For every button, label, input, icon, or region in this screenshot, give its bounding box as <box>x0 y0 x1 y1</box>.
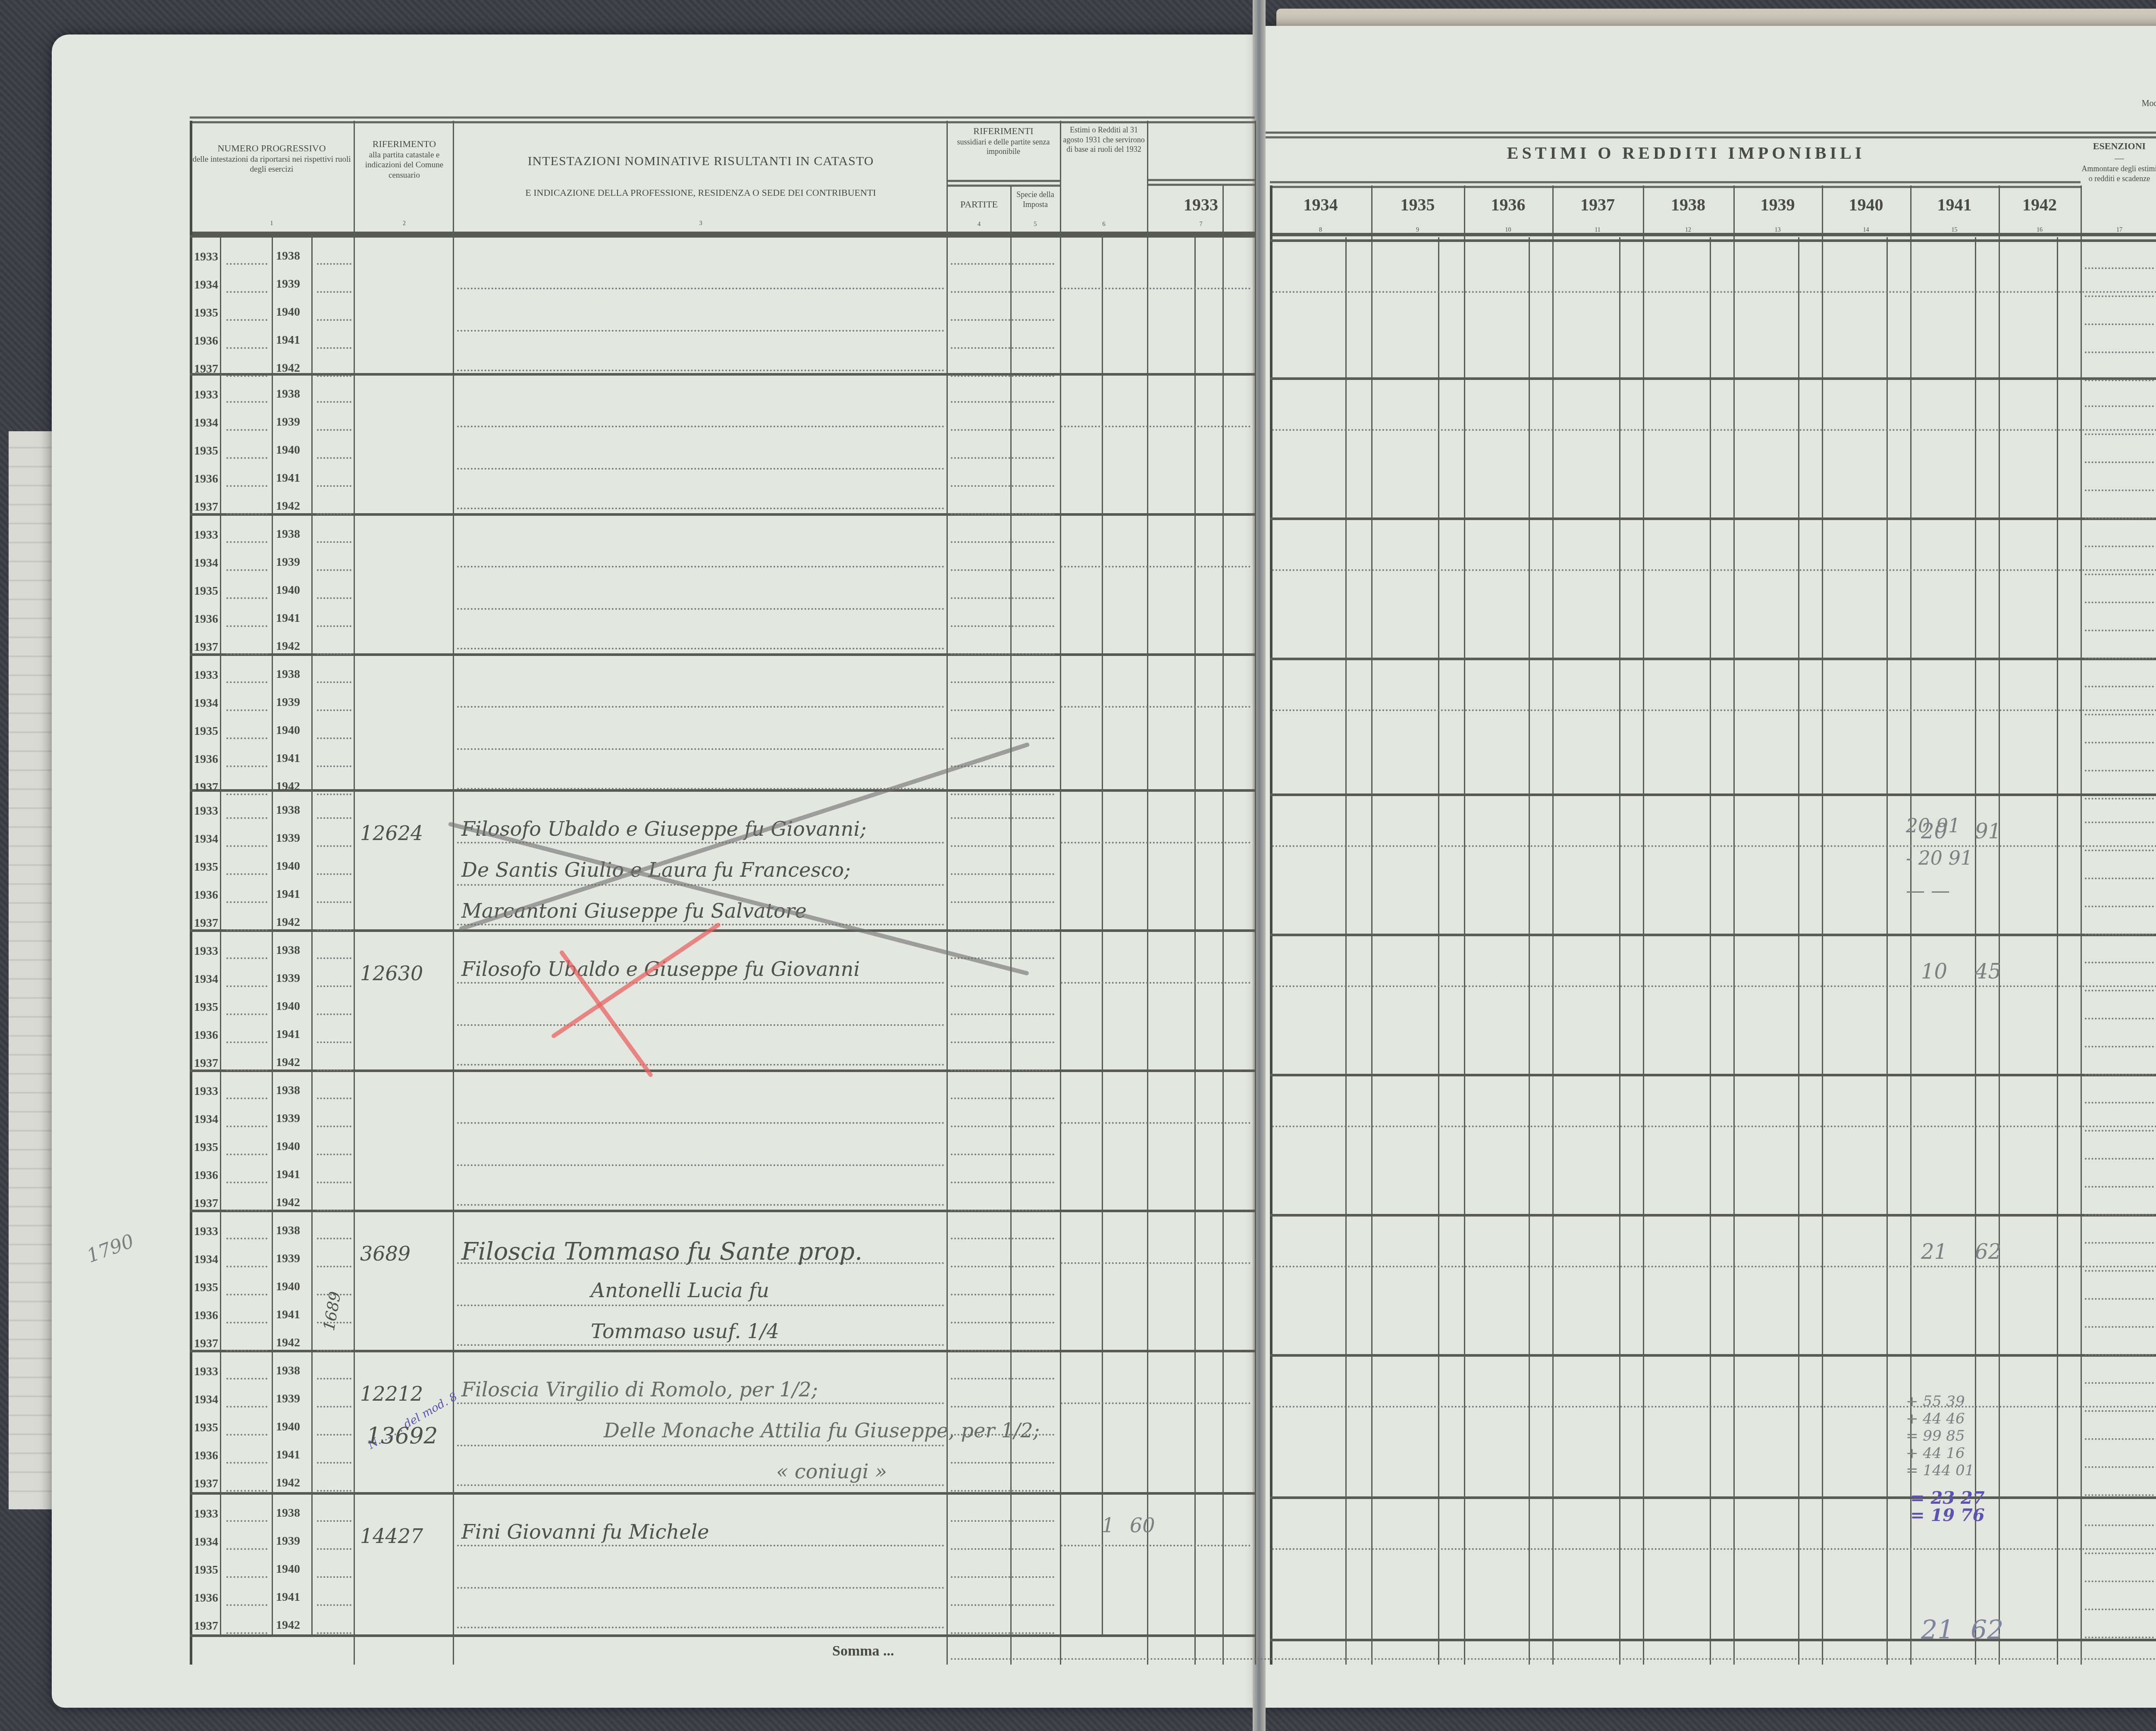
col3-sub: E INDICAZIONE DELLA PROFESSIONE, RESIDEN… <box>455 187 946 199</box>
dotted-rule <box>2085 1186 2154 1188</box>
dotted-rule <box>226 1350 267 1352</box>
dotted-rule <box>951 1182 1054 1183</box>
dotted-rule <box>951 929 1054 931</box>
year-colnum: 13 <box>1733 226 1822 234</box>
dotted-rule <box>1272 1126 2156 1127</box>
dotted-rule <box>2085 1046 2154 1047</box>
dotted-rule <box>2085 1074 2154 1076</box>
partita-new-number: 13692 <box>367 1423 438 1449</box>
dotted-rule <box>317 457 351 459</box>
year-label-left: 1934 <box>194 278 218 292</box>
dotted-rule <box>1061 566 1250 568</box>
column-rule <box>1975 237 1976 1665</box>
dotted-rule <box>2085 1102 2154 1104</box>
dotted-rule <box>317 375 351 377</box>
col5-num: 5 <box>1011 221 1059 229</box>
form-id: Mod. 111 - Imposte Dirette (Intercalare)… <box>2091 98 2156 109</box>
year-label-right: 1938 <box>276 527 300 541</box>
dotted-rule <box>317 485 351 487</box>
year-label-left: 1934 <box>194 1253 218 1267</box>
dotted-rule <box>317 1098 351 1099</box>
owner-line: Filoscia Tommaso fu Sante prop. <box>461 1238 862 1266</box>
dotted-rule <box>226 597 267 599</box>
year-label-right: 1940 <box>276 583 300 597</box>
year-label-left: 1937 <box>194 1337 218 1351</box>
dotted-rule <box>226 347 267 349</box>
year-label-left: 1936 <box>194 888 218 902</box>
dotted-rule <box>2085 1552 2154 1554</box>
dotted-rule <box>951 429 1054 431</box>
dotted-rule <box>951 347 1054 349</box>
year-label-left: 1937 <box>194 500 218 514</box>
dotted-rule <box>226 901 267 903</box>
dotted-rule <box>2085 546 2154 547</box>
dotted-rule <box>457 1164 944 1166</box>
col45-sub: sussidiari e delle partite senza imponib… <box>948 137 1059 157</box>
year-label-right: 1938 <box>276 1224 300 1238</box>
year-label-right: 1940 <box>276 1140 300 1154</box>
dotted-rule <box>951 625 1054 627</box>
dotted-rule <box>226 1322 267 1323</box>
year-label-right: 1939 <box>276 555 300 569</box>
col7-year: 1933 <box>1149 194 1253 216</box>
dotted-rule <box>1061 1122 1250 1124</box>
col1-sub: delle intestazioni da riportarsi nei ris… <box>190 154 354 175</box>
dotted-rule <box>2085 433 2154 435</box>
dotted-rule <box>226 1378 267 1380</box>
dotted-rule <box>2085 962 2154 963</box>
year-label-left: 1937 <box>194 781 218 794</box>
dotted-rule <box>226 681 267 683</box>
dotted-rule <box>226 957 267 959</box>
column-rule <box>1345 237 1347 1665</box>
dotted-rule <box>317 817 351 819</box>
dotted-rule <box>317 929 351 931</box>
col1-title: NUMERO PROGRESSIVO <box>190 142 354 154</box>
dotted-rule <box>951 375 1054 377</box>
year-label-left: 1937 <box>194 1619 218 1633</box>
owner-line: Delle Monache Attilia fu Giuseppe, per 1… <box>604 1419 1040 1442</box>
dotted-rule <box>2085 850 2154 851</box>
year-label-left: 1935 <box>194 1141 218 1154</box>
amount-cent-col6: 60 <box>1130 1514 1155 1537</box>
dotted-rule <box>457 608 944 610</box>
year-header-1942: 1942 <box>1999 194 2081 216</box>
column-rule <box>1887 237 1888 1665</box>
dotted-rule <box>951 1013 1054 1015</box>
dotted-rule <box>317 401 351 403</box>
dotted-rule <box>226 1238 267 1239</box>
dotted-rule <box>457 1445 944 1446</box>
year-label-left: 1935 <box>194 724 218 738</box>
year-label-right: 1938 <box>276 803 300 817</box>
dotted-rule <box>457 1204 944 1206</box>
dotted-rule <box>951 653 1054 655</box>
dotted-rule <box>2085 489 2154 491</box>
dotted-rule <box>226 653 267 655</box>
dotted-rule <box>951 1266 1054 1267</box>
calculation-line: 20 91 <box>1906 815 1960 837</box>
dotted-rule <box>2085 1524 2154 1526</box>
dotted-rule <box>2085 1354 2154 1356</box>
dotted-rule <box>317 1210 351 1211</box>
year-label-left: 1936 <box>194 1029 218 1042</box>
year-label-right: 1941 <box>276 1590 300 1604</box>
partita-number: 12212 <box>360 1382 423 1405</box>
dotted-rule <box>317 1462 351 1464</box>
year-colnum: 15 <box>1910 226 1999 234</box>
dotted-rule <box>457 1402 944 1404</box>
dotted-rule <box>317 985 351 987</box>
dotted-rule <box>317 1069 351 1071</box>
year-label-right: 1941 <box>276 887 300 901</box>
dotted-rule <box>951 1658 2156 1660</box>
dotted-rule <box>1272 1406 2156 1408</box>
dotted-rule <box>2085 1609 2154 1610</box>
dotted-rule <box>317 1126 351 1127</box>
dotted-rule <box>2085 1580 2154 1582</box>
year-label-left: 1937 <box>194 1057 218 1070</box>
year-label-right: 1942 <box>276 499 300 513</box>
year-label-right: 1942 <box>276 1196 300 1210</box>
dotted-rule <box>317 1490 351 1492</box>
year-label-right: 1939 <box>276 415 300 429</box>
column-rule <box>1529 237 1530 1665</box>
dotted-rule <box>2085 405 2154 407</box>
dotted-rule <box>2085 1466 2154 1468</box>
dotted-rule <box>317 263 351 265</box>
year-label-left: 1933 <box>194 1225 218 1239</box>
dotted-rule <box>317 1350 351 1352</box>
calculation-line: — — <box>1906 880 1950 902</box>
dotted-rule <box>226 429 267 431</box>
dotted-rule <box>226 263 267 265</box>
estimi-group-title: ESTIMI O REDDITI IMPONIBILI <box>1294 142 2078 164</box>
dotted-rule <box>226 929 267 931</box>
year-label-right: 1939 <box>276 972 300 985</box>
dotted-rule <box>1061 426 1250 427</box>
dotted-rule <box>457 370 944 371</box>
dotted-rule <box>1061 706 1250 708</box>
column-rule <box>1194 235 1196 1665</box>
dotted-rule <box>317 1154 351 1155</box>
block-rule <box>1270 517 2156 520</box>
col2-sub: alla partita catastale e indicazioni del… <box>356 150 453 181</box>
year-header-1939: 1939 <box>1733 194 1822 216</box>
dotted-rule <box>2085 714 2154 715</box>
block-rule <box>190 235 1255 238</box>
dotted-rule <box>226 485 267 487</box>
dotted-rule <box>457 468 944 470</box>
dotted-rule <box>226 765 267 767</box>
block-rule <box>1270 239 2156 242</box>
dotted-rule <box>951 817 1054 819</box>
dotted-rule <box>317 653 351 655</box>
dotted-rule <box>951 1294 1054 1295</box>
year-colnum: 14 <box>1822 226 1910 234</box>
year-label-left: 1936 <box>194 612 218 626</box>
dotted-rule <box>1272 429 2156 431</box>
partita-number: 3689 <box>360 1242 411 1265</box>
year-label-right: 1942 <box>276 1618 300 1632</box>
dotted-rule <box>226 845 267 847</box>
dotted-rule <box>1061 288 1250 289</box>
somma-lire: 21 <box>1921 1615 1954 1645</box>
year-colnum: 10 <box>1464 226 1552 234</box>
column-rule <box>1222 185 1224 1665</box>
year-label-right: 1942 <box>276 1476 300 1490</box>
dotted-rule <box>457 1545 944 1546</box>
dotted-rule <box>2085 323 2154 325</box>
year-label-right: 1942 <box>276 916 300 929</box>
dotted-rule <box>317 429 351 431</box>
dotted-rule <box>1272 709 2156 711</box>
dotted-rule <box>2085 1326 2154 1328</box>
dotted-rule <box>951 1406 1054 1408</box>
year-colnum: 11 <box>1552 226 1643 234</box>
dotted-rule <box>317 1520 351 1522</box>
year-label-left: 1933 <box>194 668 218 682</box>
dotted-rule <box>317 1632 351 1634</box>
dotted-rule <box>951 1604 1054 1606</box>
year-label-left: 1934 <box>194 832 218 846</box>
dotted-rule <box>951 1576 1054 1578</box>
dotted-rule <box>317 1406 351 1408</box>
year-label-left: 1933 <box>194 388 218 402</box>
col45-header: RIFERIMENTI sussidiari e delle partite s… <box>948 125 1059 157</box>
column-rule <box>1255 121 1256 1665</box>
dotted-rule <box>226 1041 267 1043</box>
col6-num: 6 <box>1061 221 1147 229</box>
dotted-rule <box>1061 1545 1250 1546</box>
dotted-rule <box>226 1266 267 1267</box>
year-label-left: 1936 <box>194 1591 218 1605</box>
dotted-rule <box>226 817 267 819</box>
header-top-rule-left <box>190 116 1255 123</box>
year-label-left: 1936 <box>194 472 218 486</box>
year-label-left: 1934 <box>194 972 218 986</box>
year-header-1936: 1936 <box>1464 194 1552 216</box>
calculation-line: + 44 46 <box>1906 1410 1965 1427</box>
dotted-rule <box>226 401 267 403</box>
somma-cent: 62 <box>1971 1615 2003 1645</box>
year-label-right: 1939 <box>276 1534 300 1548</box>
block-rule <box>1270 1354 2156 1357</box>
dotted-rule <box>226 1576 267 1578</box>
dotted-rule <box>2085 267 2154 269</box>
year-header-1941: 1941 <box>1910 194 1999 216</box>
year-label-left: 1933 <box>194 804 218 818</box>
col45-title: RIFERIMENTI <box>948 125 1059 137</box>
dotted-rule <box>317 957 351 959</box>
dotted-rule <box>226 737 267 739</box>
year-label-right: 1938 <box>276 387 300 401</box>
right-page <box>1259 26 2156 1708</box>
year-label-right: 1940 <box>276 859 300 873</box>
year-label-right: 1941 <box>276 752 300 765</box>
owner-line: Filoscia Virgilio di Romolo, per 1/2; <box>461 1378 818 1401</box>
column-rule <box>2081 185 2082 1665</box>
dotted-rule <box>2085 770 2154 771</box>
dotted-rule <box>951 263 1054 265</box>
block-rule <box>1270 793 2156 796</box>
calculation-line: = 99 85 <box>1906 1427 1965 1445</box>
dotted-rule <box>226 569 267 571</box>
dotted-rule <box>457 1344 944 1346</box>
dotted-rule <box>2085 1214 2154 1216</box>
estimi-group-rule <box>1270 181 2081 188</box>
dotted-rule <box>951 1069 1054 1071</box>
dotted-rule <box>226 709 267 711</box>
dotted-rule <box>317 291 351 293</box>
column-rule <box>1999 185 2000 1665</box>
year-label-right: 1941 <box>276 1028 300 1041</box>
year-label-right: 1939 <box>276 1112 300 1126</box>
col2-title: RIFERIMENTO <box>356 138 453 150</box>
col4-num: 4 <box>948 221 1010 229</box>
col7-num: 7 <box>1149 221 1253 229</box>
dotted-rule <box>2085 1270 2154 1272</box>
year-label-right: 1939 <box>276 831 300 845</box>
dotted-rule <box>951 681 1054 683</box>
year-label-right: 1938 <box>276 1084 300 1098</box>
dotted-rule <box>2085 1158 2154 1160</box>
calculation-line: + 44 16 <box>1906 1445 1965 1462</box>
dotted-rule <box>226 1126 267 1127</box>
dotted-rule <box>317 765 351 767</box>
column-rule <box>1147 121 1148 1665</box>
dotted-rule <box>2085 742 2154 743</box>
column-rule <box>1643 185 1644 1665</box>
dotted-rule <box>317 1238 351 1239</box>
dotted-rule <box>317 569 351 571</box>
dotted-rule <box>1061 842 1250 844</box>
dotted-rule <box>951 401 1054 403</box>
dotted-rule <box>951 1126 1054 1127</box>
esenzioni-num: 17 <box>2081 226 2156 234</box>
dotted-rule <box>226 375 267 377</box>
year-label-right: 1942 <box>276 640 300 653</box>
col2-header: RIFERIMENTO alla partita catastale e ind… <box>356 138 453 181</box>
dotted-rule <box>226 1013 267 1015</box>
dotted-rule <box>951 1322 1054 1323</box>
dotted-rule <box>2085 990 2154 991</box>
block-rule <box>1270 934 2156 936</box>
dotted-rule <box>951 1378 1054 1380</box>
dotted-rule <box>457 330 944 332</box>
year-label-left: 1934 <box>194 556 218 570</box>
year-label-left: 1935 <box>194 860 218 874</box>
year-label-left: 1933 <box>194 528 218 542</box>
year-label-left: 1936 <box>194 1169 218 1182</box>
dotted-rule <box>457 1024 944 1026</box>
owner-line: « coniugi » <box>776 1460 887 1483</box>
dotted-rule <box>951 457 1054 459</box>
year-label-right: 1940 <box>276 305 300 319</box>
dotted-rule <box>226 319 267 321</box>
year-label-left: 1933 <box>194 1507 218 1521</box>
dotted-rule <box>951 597 1054 599</box>
year-label-right: 1941 <box>276 611 300 625</box>
column-rule <box>1010 185 1012 1665</box>
dotted-rule <box>226 625 267 627</box>
partita-number: 12630 <box>360 962 423 985</box>
dotted-rule <box>226 541 267 543</box>
dotted-rule <box>2085 906 2154 907</box>
year-label-right: 1941 <box>276 1448 300 1462</box>
amount-cent: 45 <box>1975 960 2001 984</box>
calculation-line: = 144 01 <box>1906 1462 1974 1479</box>
dotted-rule <box>951 541 1054 543</box>
dotted-rule <box>457 1484 944 1486</box>
dotted-rule <box>1061 1262 1250 1264</box>
dotted-rule <box>2085 1018 2154 1019</box>
dotted-rule <box>951 1041 1054 1043</box>
year-label-right: 1940 <box>276 1280 300 1294</box>
year-label-right: 1940 <box>276 443 300 457</box>
block-rule <box>1270 658 2156 660</box>
dotted-rule <box>951 873 1054 875</box>
dotted-rule <box>457 288 944 289</box>
dotted-rule <box>226 1520 267 1522</box>
year-label-left: 1936 <box>194 334 218 348</box>
year-label-right: 1942 <box>276 780 300 793</box>
dotted-rule <box>1061 982 1250 984</box>
dotted-rule <box>457 884 944 886</box>
column-rule <box>1733 185 1735 1665</box>
year-label-left: 1937 <box>194 1477 218 1491</box>
dotted-rule <box>317 1378 351 1380</box>
dotted-rule <box>457 1627 944 1628</box>
year-label-left: 1937 <box>194 362 218 376</box>
owner-line: Tommaso usuf. 1/4 <box>591 1320 779 1343</box>
year-label-right: 1938 <box>276 1506 300 1520</box>
amount-lire-col6: 1 <box>1102 1514 1114 1537</box>
dotted-rule <box>951 485 1054 487</box>
year-label-left: 1935 <box>194 584 218 598</box>
dotted-rule <box>1272 291 2156 293</box>
year-label-right: 1939 <box>276 696 300 709</box>
year-label-left: 1933 <box>194 944 218 958</box>
dotted-rule <box>951 709 1054 711</box>
owner-line: Filosofo Ubaldo e Giuseppe fu Giovanni; <box>461 817 867 840</box>
owner-line: Antonelli Lucia fu <box>591 1279 769 1302</box>
year-header-1940: 1940 <box>1822 194 1910 216</box>
dotted-rule <box>951 569 1054 571</box>
dotted-rule <box>317 1182 351 1183</box>
dotted-rule <box>951 1490 1054 1492</box>
column-rule <box>311 235 313 1634</box>
year-colnum: 9 <box>1371 226 1464 234</box>
dotted-rule <box>1272 985 2156 987</box>
year-label-left: 1935 <box>194 444 218 458</box>
dotted-rule <box>2085 1438 2154 1440</box>
dotted-rule <box>2085 379 2154 381</box>
year-header-1938: 1938 <box>1643 194 1733 216</box>
year-label-right: 1939 <box>276 1392 300 1406</box>
year-label-right: 1941 <box>276 1308 300 1322</box>
dotted-rule <box>226 1434 267 1436</box>
dotted-rule <box>317 1604 351 1606</box>
dotted-rule <box>317 1013 351 1015</box>
dotted-rule <box>457 982 944 984</box>
dotted-rule <box>2085 295 2154 297</box>
year-label-right: 1940 <box>276 1562 300 1576</box>
year-label-right: 1942 <box>276 1056 300 1069</box>
dotted-rule <box>951 1238 1054 1239</box>
esenzioni-header: ESENZIONI — Ammontare degli estimi o red… <box>2081 140 2156 183</box>
year-colnum: 8 <box>1270 226 1371 234</box>
